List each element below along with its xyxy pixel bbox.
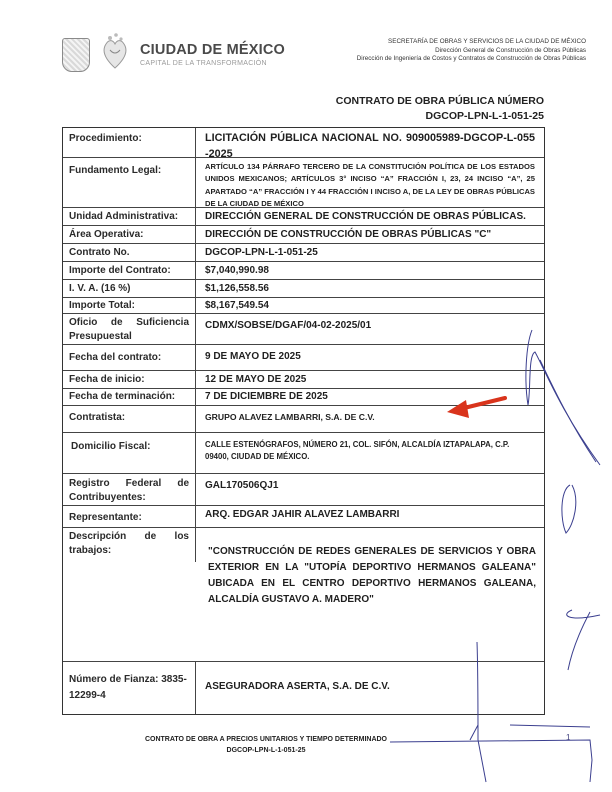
row-value: LICITACIÓN PÚBLICA NACIONAL NO. 90900598… <box>196 128 544 157</box>
agency-header: SECRETARÍA DE OBRAS Y SERVICIOS DE LA CI… <box>357 38 586 64</box>
footer-contract-number: DGCOP-LPN-L-1-051-25 <box>0 745 612 756</box>
table-row-contratista: Contratista: GRUPO ALAVEZ LAMBARRI, S.A.… <box>63 406 544 433</box>
row-value: $8,167,549.54 <box>196 298 544 313</box>
row-label: Descripción de los trabajos: <box>63 528 196 562</box>
table-row-iva: I. V. A. (16 %) $1,126,558.56 <box>63 280 544 298</box>
row-value: GAL170506QJ1 <box>196 474 544 505</box>
document-title-line-2: DGCOP-LPN-L-1-051-25 <box>336 109 544 124</box>
document-title: CONTRATO DE OBRA PÚBLICA NÚMERO DGCOP-LP… <box>336 94 544 124</box>
row-label: Contratista: <box>63 406 196 432</box>
row-label: I. V. A. (16 %) <box>63 280 196 297</box>
table-row-area-operativa: Área Operativa: DIRECCIÓN DE CONSTRUCCIÓ… <box>63 226 544 244</box>
row-value: ARQ. EDGAR JAHIR ALAVEZ LAMBARRI <box>196 506 544 527</box>
row-label: Domicilio Fiscal: <box>63 433 196 473</box>
table-row-domicilio-fiscal: Domicilio Fiscal: CALLE ESTENÓGRAFOS, NÚ… <box>63 433 544 474</box>
row-value: ASEGURADORA ASERTA, S.A. DE C.V. <box>196 662 544 714</box>
table-row-representante: Representante: ARQ. EDGAR JAHIR ALAVEZ L… <box>63 506 544 528</box>
table-row-rfc: Registro Federal de Contribuyentes: GAL1… <box>63 474 544 506</box>
row-value: 12 DE MAYO DE 2025 <box>196 371 544 388</box>
brand-title: CIUDAD DE MÉXICO <box>140 42 285 58</box>
row-value: 9 DE MAYO DE 2025 <box>196 345 544 370</box>
row-value: "CONSTRUCCIÓN DE REDES GENERALES DE SERV… <box>196 528 544 661</box>
row-value: CALLE ESTENÓGRAFOS, NÚMERO 21, COL. SIFÓ… <box>196 433 544 473</box>
agency-line-1: SECRETARÍA DE OBRAS Y SERVICIOS DE LA CI… <box>357 38 586 47</box>
document-title-line-1: CONTRATO DE OBRA PÚBLICA NÚMERO <box>336 94 544 109</box>
row-label: Unidad Administrativa: <box>63 208 196 225</box>
page-number: 1 <box>566 733 570 742</box>
row-value: $7,040,990.98 <box>196 262 544 279</box>
table-row-descripcion: Descripción de los trabajos: "CONSTRUCCI… <box>63 528 544 662</box>
row-value: GRUPO ALAVEZ LAMBARRI, S.A. DE C.V. <box>196 406 544 432</box>
heart-emblem-icon <box>100 32 130 70</box>
table-row-contrato-no: Contrato No. DGCOP-LPN-L-1-051-25 <box>63 244 544 262</box>
table-row-fecha-inicio: Fecha de inicio: 12 DE MAYO DE 2025 <box>63 371 544 389</box>
row-label: Contrato No. <box>63 244 196 261</box>
table-row-unidad-administrativa: Unidad Administrativa: DIRECCIÓN GENERAL… <box>63 208 544 226</box>
city-coat-of-arms-icon <box>62 38 90 72</box>
row-label: Fundamento Legal: <box>63 158 196 207</box>
row-label: Registro Federal de Contribuyentes: <box>63 474 196 505</box>
contract-data-table: Procedimiento: LICITACIÓN PÚBLICA NACION… <box>62 127 545 715</box>
row-label: Importe Total: <box>63 298 196 313</box>
table-row-fecha-contrato: Fecha del contrato: 9 DE MAYO DE 2025 <box>63 345 544 371</box>
row-value: DGCOP-LPN-L-1-051-25 <box>196 244 544 261</box>
row-label: Número de Fianza: 3835-12299-4 <box>63 662 196 714</box>
page-footer: CONTRATO DE OBRA A PRECIOS UNITARIOS Y T… <box>0 734 612 756</box>
row-value: CDMX/SOBSE/DGAF/04-02-2025/01 <box>196 314 544 344</box>
table-row-importe-contrato: Importe del Contrato: $7,040,990.98 <box>63 262 544 280</box>
table-row-oficio-suficiencia: Oficio de Suficiencia Presupuestal CDMX/… <box>63 314 544 345</box>
table-row-fianza: Número de Fianza: 3835-12299-4 ASEGURADO… <box>63 662 544 714</box>
row-value: 7 DE DICIEMBRE DE 2025 <box>196 389 544 405</box>
row-label: Fecha del contrato: <box>63 345 196 370</box>
table-row-fundamento-legal: Fundamento Legal: ARTÍCULO 134 PÁRRAFO T… <box>63 158 544 208</box>
row-value: $1,126,558.56 <box>196 280 544 297</box>
footer-contract-type: CONTRATO DE OBRA A PRECIOS UNITARIOS Y T… <box>0 734 612 745</box>
row-label: Importe del Contrato: <box>63 262 196 279</box>
row-value: ARTÍCULO 134 PÁRRAFO TERCERO DE LA CONST… <box>196 158 544 207</box>
agency-line-2: Dirección General de Construcción de Obr… <box>357 47 586 56</box>
row-label: Fecha de inicio: <box>63 371 196 388</box>
row-label: Oficio de Suficiencia Presupuestal <box>63 314 196 344</box>
table-row-fecha-terminacion: Fecha de terminación: 7 DE DICIEMBRE DE … <box>63 389 544 406</box>
table-row-importe-total: Importe Total: $8,167,549.54 <box>63 298 544 314</box>
brand-subtitle: CAPITAL DE LA TRANSFORMACIÓN <box>140 60 285 67</box>
row-value: DIRECCIÓN GENERAL DE CONSTRUCCIÓN DE OBR… <box>196 208 544 225</box>
row-label: Procedimiento: <box>63 128 196 157</box>
row-label: Representante: <box>63 506 196 527</box>
row-value: DIRECCIÓN DE CONSTRUCCIÓN DE OBRAS PÚBLI… <box>196 226 544 243</box>
row-label: Área Operativa: <box>63 226 196 243</box>
brand-block: CIUDAD DE MÉXICO CAPITAL DE LA TRANSFORM… <box>140 42 285 67</box>
agency-line-3: Dirección de Ingeniería de Costos y Cont… <box>357 55 586 64</box>
row-label: Fecha de terminación: <box>63 389 196 405</box>
table-row-procedimiento: Procedimiento: LICITACIÓN PÚBLICA NACION… <box>63 128 544 158</box>
